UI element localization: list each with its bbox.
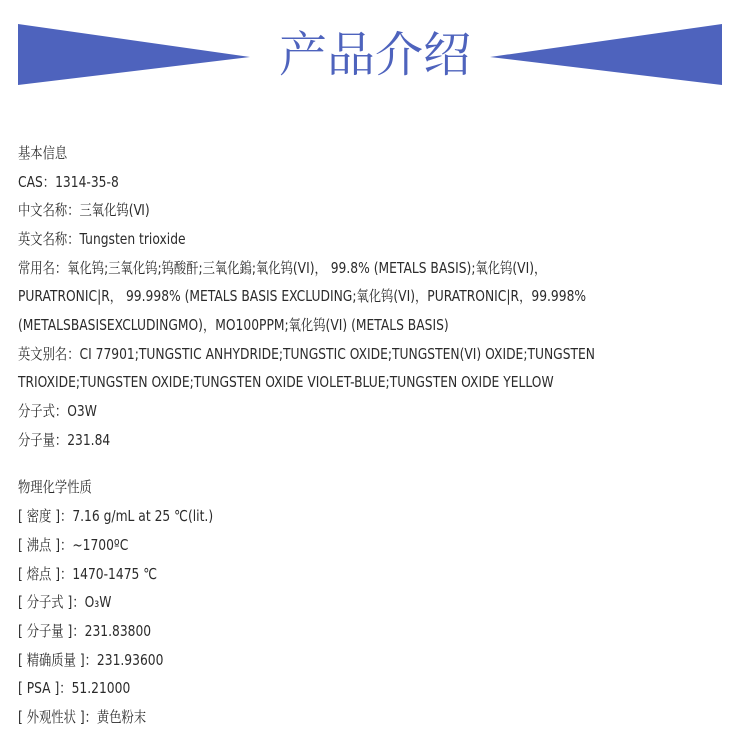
property-boiling-point: [ 沸点 ]：~1700ºC [18,534,128,556]
left-triangle-decoration [18,24,250,85]
molecular-weight: 分子量：231.84 [18,429,110,451]
basic-info-heading: 基本信息 [18,142,67,164]
property-appearance: [ 外观性状 ]：黄色粉末 [18,706,146,728]
property-density: [ 密度 ]：7.16 g/mL at 25 ℃(lit.) [18,505,213,527]
properties-heading: 物理化学性质 [18,476,92,498]
english-name: 英文名称：Tungsten trioxide [18,228,186,250]
property-molecular-formula: [ 分子式 ]：O₃W [18,591,111,613]
property-psa: [ PSA ]：51.21000 [18,677,130,699]
property-molecular-weight: [ 分子量 ]：231.83800 [18,620,151,642]
common-names-line-2: PURATRONIC|R， 99.998% (METALS BASIS EXCL… [18,285,586,307]
molecular-formula: 分子式：O3W [18,400,97,422]
section-banner: 产品介绍 [0,0,750,110]
chinese-name: 中文名称：三氧化钨(Ⅵ) [18,199,150,221]
cas-number: CAS：1314-35-8 [18,171,119,193]
common-names-line-1: 常用名：氧化钨;三氧化钨;钨酸酐;三氧化鎢;氧化钨(VI)， 99.8% (ME… [18,257,546,279]
right-triangle-decoration [490,24,722,85]
english-aliases-line-2: TRIOXIDE;TUNGSTEN OXIDE;TUNGSTEN OXIDE V… [18,371,554,393]
common-names-line-3: (METALSBASISEXCLUDINGMO)，MO100PPM;氧化钨(VI… [18,314,449,336]
page-title: 产品介绍 [270,20,480,90]
property-exact-mass: [ 精确质量 ]：231.93600 [18,649,163,671]
english-aliases-line-1: 英文别名：CI 77901;TUNGSTIC ANHYDRIDE;TUNGSTI… [18,343,595,365]
property-melting-point: [ 熔点 ]：1470-1475 ℃ [18,563,157,585]
